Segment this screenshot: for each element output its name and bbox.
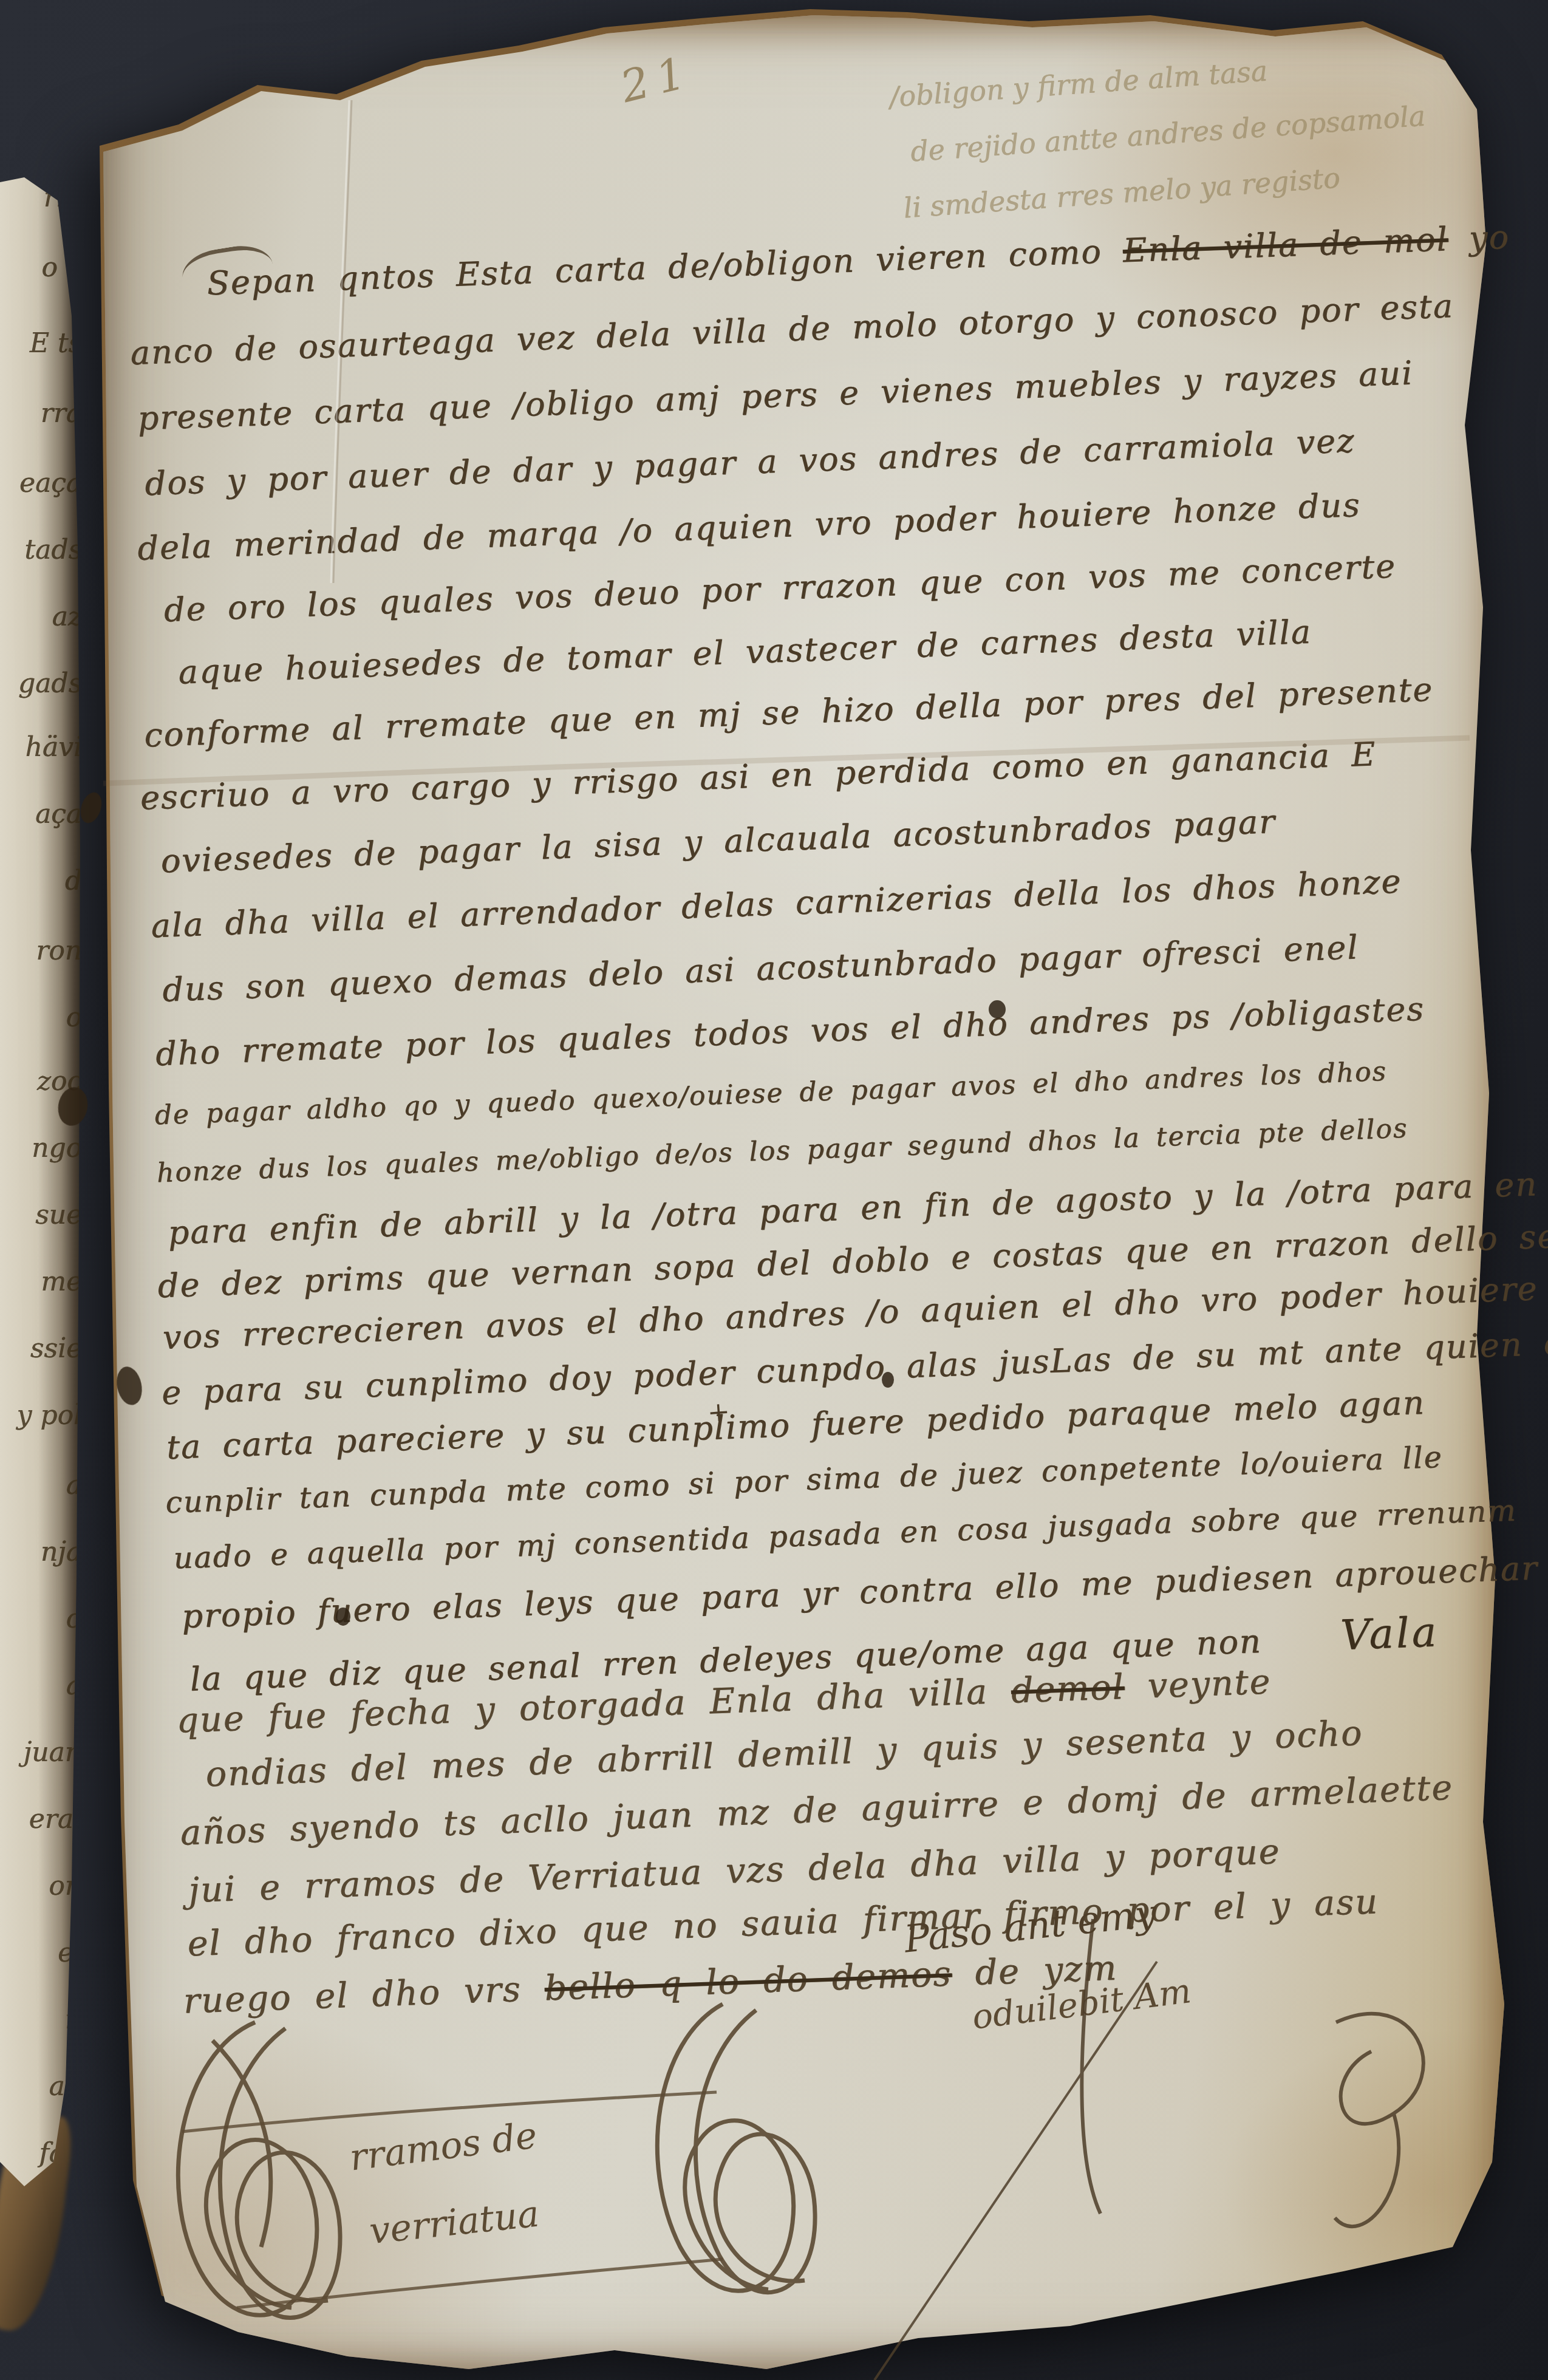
line-text: yo [1447, 218, 1510, 259]
manuscript-line: dos y por auer de dar y pagar a vos andr… [144, 421, 1355, 503]
manuscript-line: Sepan qntos Esta carta de/obligon vieren… [206, 218, 1510, 303]
line-text: Sepan qntos Esta carta de/obligon vieren… [206, 231, 1123, 302]
struck-text: Enla villa de mol [1122, 220, 1449, 270]
manuscript-line: dus son quexo demas delo asi acostunbrad… [162, 928, 1359, 1009]
manuscript-line: presente carta que /obligo amj pers e vi… [137, 353, 1414, 437]
manuscript-line: oviesedes de pagar la sisa y alcauala ac… [160, 802, 1277, 881]
vala-word: Vala [1340, 1608, 1439, 1660]
struck-text: bello q lo do demos [544, 1954, 952, 2008]
photograph-of-manuscript: { "window": { "background": "#23252c" },… [0, 0, 1548, 2380]
manuscript-text-block: Sepan qntos Esta carta de/obligon vieren… [81, 0, 1548, 2380]
struck-text: demol [1011, 1667, 1125, 1711]
line-text: ruego el dho vrs [183, 1968, 545, 2021]
line-text: veynte [1123, 1662, 1272, 1707]
manuscript-line: aque houiesedes de tomar el vastecer de … [177, 613, 1312, 692]
cross-abbreviation-mark: + [706, 1396, 731, 1428]
